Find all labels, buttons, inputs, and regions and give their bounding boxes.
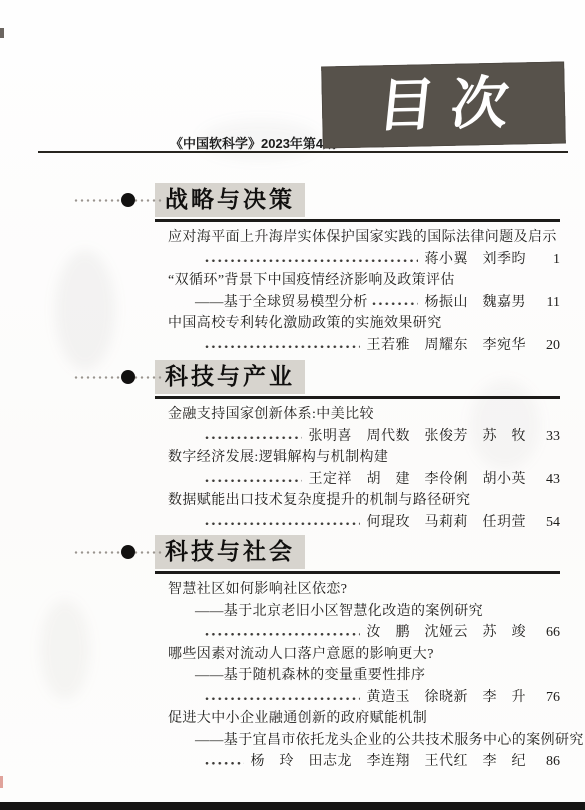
article-page-number: 66 [530, 622, 560, 644]
scan-bottom-edge [0, 802, 585, 810]
article-entry: 应对海平面上升海岸实体保护国家实践的国际法律问题及启示 蒋小翼 刘季昀 1 [155, 227, 560, 270]
article-title: 数字经济发展:逻辑解构与机制构建 [155, 447, 560, 469]
masthead-rule [38, 151, 568, 153]
scan-artifact [40, 600, 90, 700]
article-entry: 智慧社区如何影响社区依恋? ——基于北京老旧小区智慧化改造的案例研究 汝 鹏 沈… [155, 579, 560, 644]
article-subtitle: ——基于北京老旧小区智慧化改造的案例研究 [155, 601, 560, 623]
article-page-number: 43 [530, 469, 560, 491]
article-authors: 黄造玉 徐晓新 李 升 [367, 687, 527, 709]
article-title: 智慧社区如何影响社区依恋? [155, 579, 560, 601]
section-bullet-icon [121, 545, 135, 559]
article-entry: 促进大中小企业融通创新的政府赋能机制 ——基于宜昌市依托龙头企业的公共技术服务中… [155, 708, 560, 773]
scan-edge-mark [0, 776, 3, 788]
section-title: 战略与决策 [155, 183, 305, 217]
article-entry: 金融支持国家创新体系:中美比较 张明喜 周代数 张俊芳 苏 牧 33 [155, 404, 560, 447]
section-header: 科技与社会 [155, 535, 560, 574]
scan-edge-mark [0, 28, 4, 38]
page-title: 目次 [361, 75, 527, 135]
article-entry: 中国高校专利转化激励政策的实施效果研究 王若雅 周耀东 李宛华 20 [155, 313, 560, 356]
article-page-number: 86 [530, 751, 560, 773]
article-leader-line: 何琨玫 马莉莉 任玥萱 54 [155, 512, 560, 534]
margin-dotted-line [74, 376, 164, 379]
section-tech-society: 科技与社会 智慧社区如何影响社区依恋? ——基于北京老旧小区智慧化改造的案例研究… [155, 535, 560, 773]
article-leader-line: 王若雅 周耀东 李宛华 20 [155, 335, 560, 357]
section-header: 科技与产业 [155, 360, 560, 399]
article-subtitle: ——基于宜昌市依托龙头企业的公共技术服务中心的案例研究 [155, 730, 560, 752]
article-title: 金融支持国家创新体系:中美比较 [155, 404, 560, 426]
article-entry: 数据赋能出口技术复杂度提升的机制与路径研究 何琨玫 马莉莉 任玥萱 54 [155, 490, 560, 533]
section-header: 战略与决策 [155, 183, 560, 222]
journal-issue-label: 《中国软科学》2023年第4期 [170, 133, 310, 152]
article-authors: 汝 鹏 沈娅云 苏 竣 [367, 622, 527, 644]
article-page-number: 33 [530, 426, 560, 448]
article-title: 中国高校专利转化激励政策的实施效果研究 [155, 313, 560, 335]
article-authors: 杨振山 魏嘉男 [425, 292, 527, 314]
article-list: 金融支持国家创新体系:中美比较 张明喜 周代数 张俊芳 苏 牧 33 数字经济发… [155, 404, 560, 533]
article-title: 促进大中小企业融通创新的政府赋能机制 [155, 708, 560, 730]
section-tech-industry: 科技与产业 金融支持国家创新体系:中美比较 张明喜 周代数 张俊芳 苏 牧 33… [155, 360, 560, 533]
section-bullet-icon [121, 370, 135, 384]
leader-dots [205, 622, 360, 644]
section-rule [155, 396, 560, 399]
leader-dots [372, 292, 418, 314]
article-leader-line: 王定祥 胡 建 李伶俐 胡小英 43 [155, 469, 560, 491]
article-list: 智慧社区如何影响社区依恋? ——基于北京老旧小区智慧化改造的案例研究 汝 鹏 沈… [155, 579, 560, 773]
article-authors: 王若雅 周耀东 李宛华 [367, 335, 527, 357]
section-rule [155, 219, 560, 222]
article-authors: 张明喜 周代数 张俊芳 苏 牧 [309, 426, 527, 448]
article-leader-line: ——基于全球贸易模型分析 杨振山 魏嘉男 11 [155, 292, 560, 314]
article-page-number: 54 [530, 512, 560, 534]
article-title: 哪些因素对流动人口落户意愿的影响更大? [155, 644, 560, 666]
leader-dots [205, 751, 244, 773]
article-entry: 哪些因素对流动人口落户意愿的影响更大? ——基于随机森林的变量重要性排序 黄造玉… [155, 644, 560, 709]
article-page-number: 76 [530, 687, 560, 709]
article-leader-line: 汝 鹏 沈娅云 苏 竣 66 [155, 622, 560, 644]
leader-dots [205, 687, 360, 709]
article-authors: 蒋小翼 刘季昀 [425, 249, 527, 271]
article-title: “双循环”背景下中国疫情经济影响及政策评估 [155, 270, 560, 292]
toc-title-box: 目次 [321, 61, 566, 148]
section-rule [155, 571, 560, 574]
article-entry: “双循环”背景下中国疫情经济影响及政策评估 ——基于全球贸易模型分析 杨振山 魏… [155, 270, 560, 313]
article-leader-line: 黄造玉 徐晓新 李 升 76 [155, 687, 560, 709]
article-subtitle: ——基于全球贸易模型分析 [195, 292, 368, 314]
article-page-number: 11 [530, 292, 560, 314]
leader-dots [205, 469, 302, 491]
article-title: 应对海平面上升海岸实体保护国家实践的国际法律问题及启示 [155, 227, 560, 249]
leader-dots [205, 512, 360, 534]
article-title: 数据赋能出口技术复杂度提升的机制与路径研究 [155, 490, 560, 512]
leader-dots [205, 249, 418, 271]
section-strategy-decision: 战略与决策 应对海平面上升海岸实体保护国家实践的国际法律问题及启示 蒋小翼 刘季… [155, 183, 560, 356]
article-list: 应对海平面上升海岸实体保护国家实践的国际法律问题及启示 蒋小翼 刘季昀 1 “双… [155, 227, 560, 356]
leader-dots [205, 335, 360, 357]
leader-dots [205, 426, 302, 448]
toc-page: 《中国软科学》2023年第4期 目次 战略与决策 应对海平面上升海岸实体保护国家… [0, 0, 585, 810]
article-entry: 数字经济发展:逻辑解构与机制构建 王定祥 胡 建 李伶俐 胡小英 43 [155, 447, 560, 490]
margin-dotted-line [74, 551, 164, 554]
article-leader-line: 蒋小翼 刘季昀 1 [155, 249, 560, 271]
section-bullet-icon [121, 193, 135, 207]
section-title: 科技与社会 [155, 535, 305, 569]
article-authors: 王定祥 胡 建 李伶俐 胡小英 [309, 469, 527, 491]
article-page-number: 20 [530, 335, 560, 357]
article-page-number: 1 [530, 249, 560, 271]
article-authors: 杨 玲 田志龙 李连翔 王代红 李 纪 [251, 751, 527, 773]
scan-artifact [55, 250, 115, 370]
margin-dotted-line [74, 199, 164, 202]
section-title: 科技与产业 [155, 360, 305, 394]
article-leader-line: 张明喜 周代数 张俊芳 苏 牧 33 [155, 426, 560, 448]
article-authors: 何琨玫 马莉莉 任玥萱 [367, 512, 527, 534]
article-leader-line: 杨 玲 田志龙 李连翔 王代红 李 纪 86 [155, 751, 560, 773]
article-subtitle: ——基于随机森林的变量重要性排序 [155, 665, 560, 687]
